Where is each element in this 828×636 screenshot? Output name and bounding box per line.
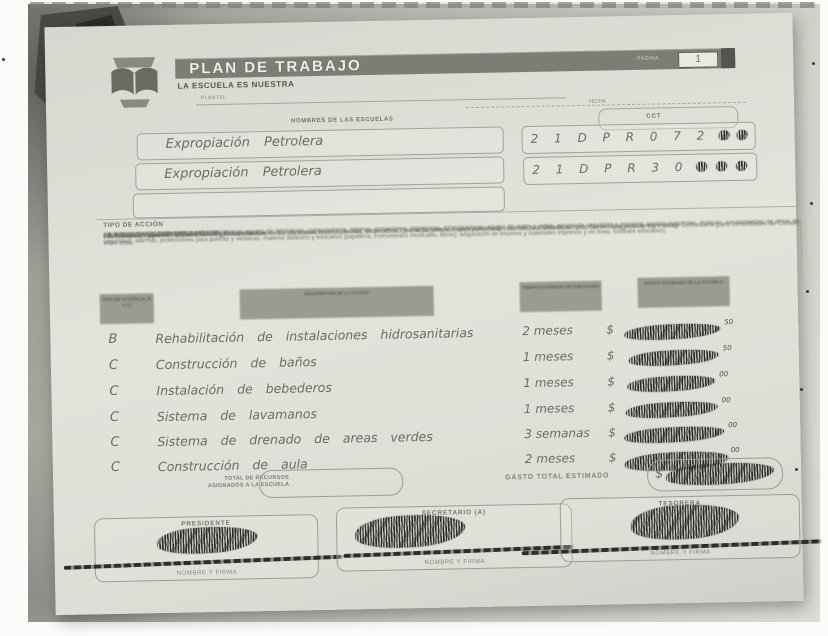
action-duration: 2 meses	[522, 323, 573, 338]
table-header-tipo: TIPO DE ACCIÓN (A, B o C)	[100, 293, 155, 324]
signature-scribble	[630, 502, 740, 542]
cct-field-1: 2 1 D P R 0 7 2	[521, 122, 755, 154]
cct-handwritten: 2 1 D P R 3 0	[532, 160, 688, 177]
redacted-cct-digit	[736, 161, 748, 172]
gasto-total-label: GASTO TOTAL ESTIMADO	[505, 472, 609, 481]
action-description: Rehabilitación de instalaciones hidrosan…	[155, 325, 473, 346]
action-duration: 1 meses	[523, 349, 574, 364]
title-bar: PLAN DE TRABAJO PÁGINA 1	[175, 48, 735, 79]
dust-speck	[795, 468, 798, 471]
cct-heading: CCT	[646, 113, 661, 119]
plantel-label: PLANTEL	[201, 95, 227, 101]
amount-cents: 50	[723, 344, 732, 352]
scribbled-amount	[627, 374, 716, 394]
table-header-monto: MONTO ESTIMADO DE LA ACCIÓN $	[637, 276, 730, 308]
cct-handwritten: 2 1 D P R 0 7 2	[531, 128, 711, 145]
pagina-label: PÁGINA	[637, 55, 659, 61]
action-duration: 1 meses	[524, 401, 575, 416]
dust-speck	[810, 202, 813, 205]
bar-end-cap	[721, 48, 735, 68]
total-recursos-field-empty	[259, 467, 404, 498]
currency-sign: $	[607, 374, 615, 388]
action-type: C	[109, 358, 118, 373]
scribbled-amount	[626, 400, 719, 420]
action-type: C	[109, 384, 118, 399]
amount-cents: 00	[731, 446, 740, 454]
tipo-accion-fine-print: • A. Equipamiento: materiales y servicio…	[103, 219, 799, 234]
scribbled-amount	[624, 322, 721, 342]
redacted-cct-digit	[718, 130, 730, 141]
page-number: 1	[678, 51, 718, 68]
school-name-handwritten: Expropiación Petrolera	[164, 164, 322, 182]
amount-cents: 00	[722, 396, 731, 404]
tipo-accion-heading: TIPO DE ACCIÓN	[103, 221, 163, 229]
school-name-field-1: Expropiación Petrolera	[136, 126, 503, 160]
fecha-label: FECHA	[586, 98, 609, 104]
table-header-descripcion: DESCRIPCIÓN DE LA ACCIÓN	[239, 286, 434, 320]
plantel-field-line	[196, 97, 566, 105]
signature-scribble	[157, 525, 258, 556]
school-name-handwritten: Expropiación Petrolera	[166, 134, 324, 152]
currency-sign: $	[655, 466, 664, 481]
action-type: C	[111, 460, 120, 475]
scribbled-amount	[629, 348, 720, 368]
action-description: Construcción de baños	[156, 354, 317, 372]
action-duration: 1 meses	[523, 375, 574, 390]
dust-speck	[812, 62, 815, 65]
amount-cents: 00	[728, 421, 737, 429]
dust-speck	[800, 388, 803, 391]
currency-sign: $	[606, 322, 614, 336]
form-title: PLAN DE TRABAJO	[189, 57, 362, 77]
action-description: Sistema de lavamanos	[157, 406, 317, 424]
amount-cents: 50	[724, 318, 733, 326]
currency-sign: $	[608, 425, 616, 439]
paper-form: PLAN DE TRABAJO PÁGINA 1 LA ESCUELA ES N…	[44, 13, 803, 615]
action-type: B	[108, 332, 117, 347]
redacted-cct-digit	[696, 161, 708, 172]
action-type: C	[110, 410, 119, 425]
dust-speck	[2, 58, 5, 61]
signature-caption: NOMBRE Y FIRMA	[338, 557, 572, 567]
action-type: C	[110, 435, 119, 450]
currency-sign: $	[608, 400, 616, 414]
scribbled-total-amount	[666, 460, 775, 487]
school-name-field-2: Expropiación Petrolera	[135, 156, 504, 190]
signature-box-secretario: SECRETARIO (A) NOMBRE Y FIRMA	[336, 503, 573, 572]
scribbled-amount	[624, 425, 725, 445]
program-name: LA ESCUELA ES NUESTRA	[177, 79, 294, 90]
redacted-cct-digit	[716, 161, 728, 172]
action-description: Instalación de bebederos	[156, 380, 332, 398]
tipo-accion-item-c: • C. Acciones mayores: Construcción y re…	[103, 221, 799, 234]
signature-caption: NOMBRE Y FIRMA	[96, 568, 318, 578]
school-names-heading: NOMBRES DE LAS ESCUELAS	[224, 115, 460, 126]
action-duration: 2 meses	[525, 451, 576, 466]
dust-speck	[806, 290, 809, 293]
signature-box-tesorera: TESORERA NOMBRE Y FIRMA	[560, 494, 801, 563]
school-name-field-3-empty	[133, 186, 505, 218]
signature-role: SECRETARIO (A)	[337, 507, 571, 518]
photo-top-edge	[30, 2, 816, 8]
amount-cents: 00	[719, 370, 728, 378]
action-duration: 3 semanas	[524, 426, 590, 441]
currency-sign: $	[609, 450, 617, 464]
gasto-total-field: $	[647, 457, 784, 492]
signature-box-presidente: PRESIDENTE NOMBRE Y FIRMA	[94, 514, 319, 582]
cct-field-2: 2 1 D P R 3 0	[523, 153, 757, 185]
table-header-tiempo: TIEMPO ESTIMADO DE EJECUCIÓN	[519, 281, 602, 313]
redacted-cct-digit	[736, 130, 748, 141]
open-book-logo-icon	[105, 51, 164, 112]
currency-sign: $	[607, 348, 615, 362]
